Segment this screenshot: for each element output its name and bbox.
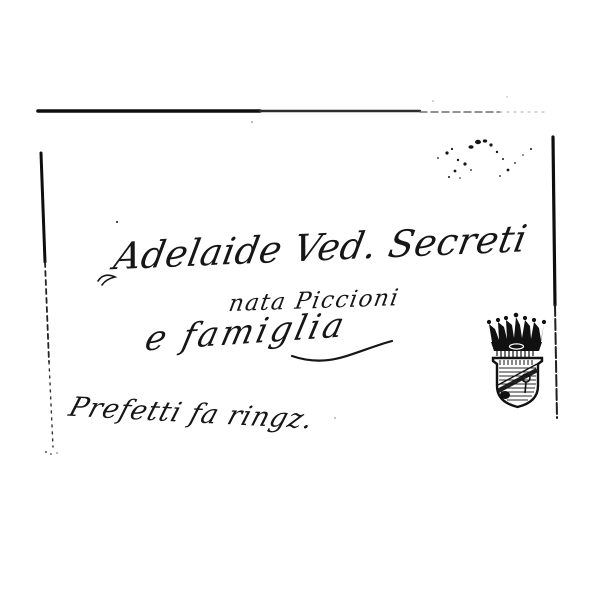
card-scan: Adelaide Ved. Secreti nata Piccioni e fa… <box>0 0 600 600</box>
left-edge-line <box>41 153 53 447</box>
family-crest <box>487 313 546 407</box>
shield-icon <box>493 358 542 407</box>
right-edge-line <box>553 137 557 418</box>
top-rule <box>38 111 546 112</box>
crown-icon <box>487 313 546 357</box>
